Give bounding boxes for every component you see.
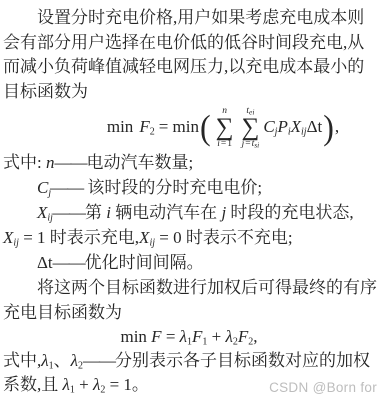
- definition-delta-t: Δt——优化时间间隔。: [37, 250, 375, 275]
- formula1-lhs: minF2= min: [107, 117, 199, 137]
- formula1-comma: ,: [335, 117, 339, 137]
- paragraph1-line3: 而减小负荷峰值减轻电网压力,以充电成本最小的: [3, 55, 375, 80]
- definition-Xij-values: Xij = 1 时表示充电,Xij = 0 时表示不充电;: [3, 225, 375, 250]
- min-operator: min: [120, 327, 151, 346]
- definition-n: 式中: n——电动汽车数量;: [3, 150, 375, 175]
- subscript-2: 2: [150, 127, 155, 138]
- definition-Cj: Cj—— 该时段的分时充电电价;: [37, 175, 375, 200]
- paragraph3-line1: 式中,λ1、λ2——分别表示各子目标函数对应的加权: [3, 349, 375, 373]
- variable-F2: F: [238, 327, 248, 346]
- paragraph1-line4: 目标函数为: [3, 80, 375, 105]
- variable-C: C: [263, 117, 274, 136]
- variable-F1: F: [192, 327, 202, 346]
- close-paren: ): [323, 110, 334, 145]
- sum-lower-limit: i=1: [217, 139, 232, 149]
- csdn-watermark: CSDN @Born for: [269, 380, 377, 395]
- variable-F: F: [151, 327, 161, 346]
- definition-Xij: Xij——第 i 辆电动汽车在 j 时段的充电状态,: [37, 200, 375, 225]
- open-paren: (: [200, 110, 211, 145]
- lambda1: λ: [180, 327, 187, 346]
- summation-vehicles: n ∑ i=1: [216, 106, 234, 149]
- sigma-icon: ∑: [241, 116, 259, 139]
- min-operator: min: [107, 117, 133, 136]
- variable-C: C: [37, 178, 48, 197]
- sum-lower-limit: j=tsi: [242, 139, 260, 149]
- paragraph1-line2: 会有部分用户选择在电价低的低谷时间段充电,从: [3, 31, 375, 56]
- lambda2: λ: [226, 327, 233, 346]
- sigma-icon: ∑: [216, 116, 234, 139]
- paragraph1-line1: 设置分时充电价格,用户如果考虑充电成本则: [3, 6, 375, 31]
- equals-min: = min: [159, 117, 199, 136]
- paragraph2-line2: 充电目标函数为: [3, 300, 375, 325]
- delta-t: Δt: [37, 253, 53, 272]
- variable-F2: F: [139, 117, 149, 136]
- variable-X: X: [291, 117, 301, 136]
- formula-weighted-objective: min F = λ1F1 + λ2F2,: [3, 325, 375, 349]
- formula1-terms: CjPiXijΔt: [263, 117, 322, 137]
- document-page: 设置分时充电价格,用户如果考虑充电成本则 会有部分用户选择在电价低的低谷时间段充…: [0, 0, 379, 397]
- delta-t: Δt: [307, 117, 323, 136]
- variable-X: X: [37, 203, 47, 222]
- lambda1: λ: [63, 375, 70, 394]
- paragraph2-line1: 将这两个目标函数进行加权后可得最终的有序: [3, 275, 375, 300]
- summation-periods: tei ∑ j=tsi: [241, 106, 259, 149]
- formula-charging-cost: minF2= min ( n ∑ i=1 tei ∑ j=tsi CjPiXij…: [37, 104, 379, 150]
- lambda2: λ: [71, 351, 78, 370]
- variable-P: P: [277, 117, 287, 136]
- lambda1: λ: [41, 351, 48, 370]
